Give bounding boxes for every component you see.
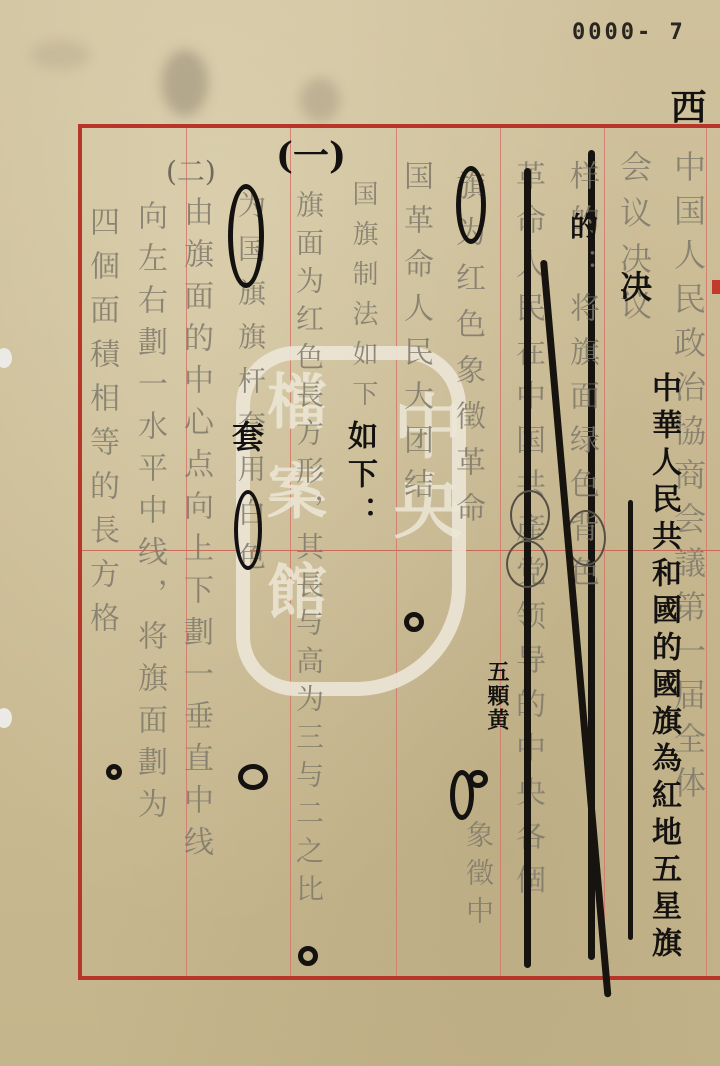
circle-mark xyxy=(510,490,550,540)
text-column: 由旗面的中心点向上下劃一垂直中线 xyxy=(180,196,210,868)
text-column-ink: 如下： xyxy=(344,420,374,534)
fingerprint-smudge xyxy=(162,50,208,116)
text-column-ink: 套 xyxy=(230,420,262,461)
fingerprint-smudge xyxy=(300,78,340,122)
circle-mark xyxy=(468,770,488,788)
text-column-ink: 五顆黄 xyxy=(486,660,508,732)
circle-mark xyxy=(506,540,548,588)
text-column: 旗面为红色長方形，其長与高为三与二之比 xyxy=(294,190,322,912)
item-number: (二) xyxy=(166,150,216,190)
circle-mark xyxy=(456,166,486,244)
period-mark xyxy=(298,946,318,966)
period-mark xyxy=(238,764,268,790)
text-column-ink: 的 xyxy=(568,212,596,249)
text-column-ink: 中華人民共和國的國旗為紅地五星旗 xyxy=(648,372,678,964)
period-mark xyxy=(404,612,424,632)
text-column-ink: 决 xyxy=(618,270,650,311)
text-column: 象徵中 xyxy=(464,820,492,934)
column-rule xyxy=(500,128,501,976)
red-tab-mark xyxy=(712,280,720,294)
text-column: 国旗制法如下 xyxy=(350,180,376,420)
period-mark xyxy=(106,764,122,780)
text-column: 四個面積相等的長方格 xyxy=(86,206,116,646)
text-column: 国革命人民大团结 xyxy=(400,160,430,512)
strike-line xyxy=(628,500,633,940)
column-rule xyxy=(604,128,605,976)
text-column: 向左右劃一水平中线，将旗面劃为 xyxy=(134,200,164,830)
punch-hole xyxy=(0,708,12,728)
fingerprint-smudge xyxy=(30,40,90,70)
document-page: 0000- 7 西 中 央 檔 案 館 中国人民政治協商会議第一届全体 中華人民… xyxy=(0,0,720,1066)
punch-hole xyxy=(0,348,12,368)
circle-mark xyxy=(228,184,264,288)
archive-number: 0000- 7 xyxy=(572,20,686,45)
item-number: (一) xyxy=(276,128,346,179)
circle-mark xyxy=(234,490,262,570)
